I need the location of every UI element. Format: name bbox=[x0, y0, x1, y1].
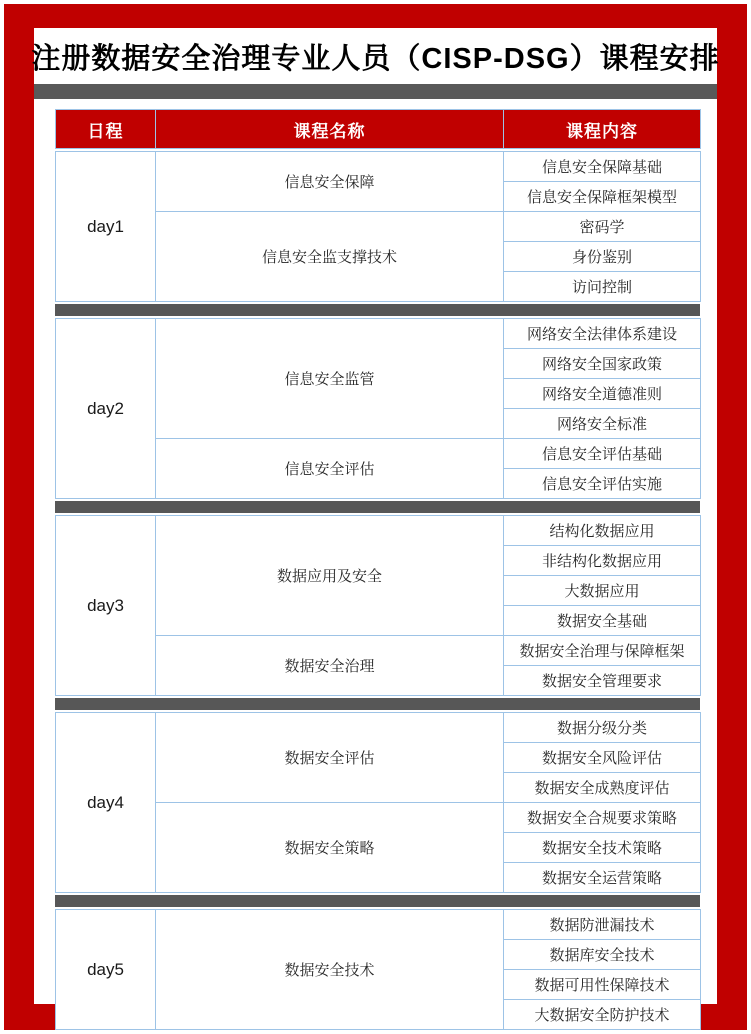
course-name-cell: 信息安全监支撑技术 bbox=[156, 212, 504, 302]
content-cell: 数据安全成熟度评估 bbox=[504, 773, 701, 803]
course-name-cell: 数据安全技术 bbox=[156, 910, 504, 1030]
day-section-table: day3数据应用及安全结构化数据应用非结构化数据应用大数据应用数据安全基础数据安… bbox=[55, 515, 701, 696]
page-title: 注册数据安全治理专业人员（CISP-DSG）课程安排 bbox=[34, 28, 717, 84]
schedule-sections: day1信息安全保障信息安全保障基础信息安全保障框架模型信息安全监支撑技术密码学… bbox=[55, 151, 700, 1030]
day-cell: day2 bbox=[56, 319, 156, 499]
course-schedule-table: 日程 课程名称 课程内容 day1信息安全保障信息安全保障基础信息安全保障框架模… bbox=[55, 109, 700, 1030]
content-cell: 数据安全治理与保障框架 bbox=[504, 636, 701, 666]
course-name-cell: 信息安全监管 bbox=[156, 319, 504, 439]
table-row: day1信息安全保障信息安全保障基础 bbox=[56, 152, 701, 182]
content-cell: 信息安全保障框架模型 bbox=[504, 182, 701, 212]
section-separator-bar bbox=[55, 698, 700, 710]
day-cell: day1 bbox=[56, 152, 156, 302]
red-frame: 注册数据安全治理专业人员（CISP-DSG）课程安排 日程 课程名称 课程内容 … bbox=[4, 4, 747, 1030]
content-cell: 信息安全保障基础 bbox=[504, 152, 701, 182]
section-separator-bar bbox=[55, 895, 700, 907]
content-cell: 信息安全评估基础 bbox=[504, 439, 701, 469]
table-row: day5数据安全技术数据防泄漏技术 bbox=[56, 910, 701, 940]
section-separator-bar bbox=[55, 304, 700, 316]
content-cell: 大数据安全防护技术 bbox=[504, 1000, 701, 1030]
content-cell: 网络安全国家政策 bbox=[504, 349, 701, 379]
content-cell: 数据安全基础 bbox=[504, 606, 701, 636]
title-divider-bar bbox=[34, 84, 717, 99]
content-cell: 数据安全合规要求策略 bbox=[504, 803, 701, 833]
course-name-cell: 数据安全评估 bbox=[156, 713, 504, 803]
course-name-cell: 数据应用及安全 bbox=[156, 516, 504, 636]
content-cell: 数据可用性保障技术 bbox=[504, 970, 701, 1000]
content-cell: 数据库安全技术 bbox=[504, 940, 701, 970]
content-cell: 数据安全管理要求 bbox=[504, 666, 701, 696]
content-cell: 网络安全标准 bbox=[504, 409, 701, 439]
content-cell: 信息安全评估实施 bbox=[504, 469, 701, 499]
table-row: day2信息安全监管网络安全法律体系建设 bbox=[56, 319, 701, 349]
day-cell: day3 bbox=[56, 516, 156, 696]
table-row: day3数据应用及安全结构化数据应用 bbox=[56, 516, 701, 546]
header-day: 日程 bbox=[56, 110, 156, 149]
day-cell: day5 bbox=[56, 910, 156, 1030]
content-cell: 密码学 bbox=[504, 212, 701, 242]
course-name-cell: 信息安全评估 bbox=[156, 439, 504, 499]
content-cell: 结构化数据应用 bbox=[504, 516, 701, 546]
schedule-header-table: 日程 课程名称 课程内容 bbox=[55, 109, 701, 149]
day-cell: day4 bbox=[56, 713, 156, 893]
content-cell: 数据安全风险评估 bbox=[504, 743, 701, 773]
content-cell: 身份鉴别 bbox=[504, 242, 701, 272]
day-section-table: day4数据安全评估数据分级分类数据安全风险评估数据安全成熟度评估数据安全策略数… bbox=[55, 712, 701, 893]
course-name-cell: 数据安全治理 bbox=[156, 636, 504, 696]
course-name-cell: 数据安全策略 bbox=[156, 803, 504, 893]
content-cell: 访问控制 bbox=[504, 272, 701, 302]
content-cell: 网络安全法律体系建设 bbox=[504, 319, 701, 349]
day-section-table: day1信息安全保障信息安全保障基础信息安全保障框架模型信息安全监支撑技术密码学… bbox=[55, 151, 701, 302]
header-course-name: 课程名称 bbox=[156, 110, 504, 149]
content-cell: 数据防泄漏技术 bbox=[504, 910, 701, 940]
content-cell: 数据分级分类 bbox=[504, 713, 701, 743]
day-section-table: day2信息安全监管网络安全法律体系建设网络安全国家政策网络安全道德准则网络安全… bbox=[55, 318, 701, 499]
content-cell: 大数据应用 bbox=[504, 576, 701, 606]
content-cell: 数据安全技术策略 bbox=[504, 833, 701, 863]
content-cell: 数据安全运营策略 bbox=[504, 863, 701, 893]
header-course-content: 课程内容 bbox=[504, 110, 701, 149]
content-cell: 网络安全道德准则 bbox=[504, 379, 701, 409]
table-row: day4数据安全评估数据分级分类 bbox=[56, 713, 701, 743]
course-name-cell: 信息安全保障 bbox=[156, 152, 504, 212]
day-section-table: day5数据安全技术数据防泄漏技术数据库安全技术数据可用性保障技术大数据安全防护… bbox=[55, 909, 701, 1030]
section-separator-bar bbox=[55, 501, 700, 513]
header-row: 日程 课程名称 课程内容 bbox=[56, 110, 701, 149]
content-cell: 非结构化数据应用 bbox=[504, 546, 701, 576]
